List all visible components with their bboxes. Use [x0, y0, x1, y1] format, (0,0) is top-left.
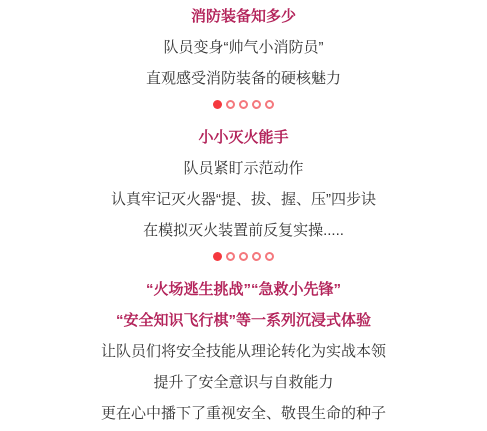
body-line: 队员变身“帅气小消防员” [0, 32, 487, 63]
section-heading: 小小灭火能手 [0, 122, 487, 153]
carousel-indicator [0, 246, 487, 267]
carousel-dot [265, 252, 274, 261]
body-line: 直观感受消防装备的硬核魅力 [0, 63, 487, 94]
body-line: 提升了安全意识与自救能力 [0, 367, 487, 398]
carousel-dot [239, 252, 248, 261]
body-line: 认真牢记灭火器“提、拔、握、压”四步诀 [0, 184, 487, 215]
carousel-dot-active [213, 252, 222, 261]
carousel-dot [265, 100, 274, 109]
carousel-dot-active [213, 100, 222, 109]
carousel-dot [252, 252, 261, 261]
carousel-dot [252, 100, 261, 109]
section-heading: “安全知识飞行棋”等一系列沉浸式体验 [0, 305, 487, 336]
section-heading: 消防装备知多少 [0, 1, 487, 32]
carousel-dot [226, 100, 235, 109]
section-fire-equipment: 消防装备知多少 队员变身“帅气小消防员” 直观感受消防装备的硬核魅力 [0, 1, 487, 115]
section-heading: “火场逃生挑战”“急救小先锋” [0, 274, 487, 305]
body-line: 在模拟灭火装置前反复实操..... [0, 215, 487, 246]
section-fire-extinguishing: 小小灭火能手 队员紧盯示范动作 认真牢记灭火器“提、拔、握、压”四步诀 在模拟灭… [0, 122, 487, 267]
body-line: 让队员们将安全技能从理论转化为实战本领 [0, 336, 487, 367]
carousel-dot [226, 252, 235, 261]
carousel-dot [239, 100, 248, 109]
body-line: 更在心中播下了重视安全、敬畏生命的种子 [0, 398, 487, 429]
carousel-indicator [0, 94, 487, 115]
body-line: 队员紧盯示范动作 [0, 153, 487, 184]
section-immersive-experience: “火场逃生挑战”“急救小先锋” “安全知识飞行棋”等一系列沉浸式体验 让队员们将… [0, 274, 487, 429]
article-content: 消防装备知多少 队员变身“帅气小消防员” 直观感受消防装备的硬核魅力 小小灭火能… [0, 0, 487, 429]
